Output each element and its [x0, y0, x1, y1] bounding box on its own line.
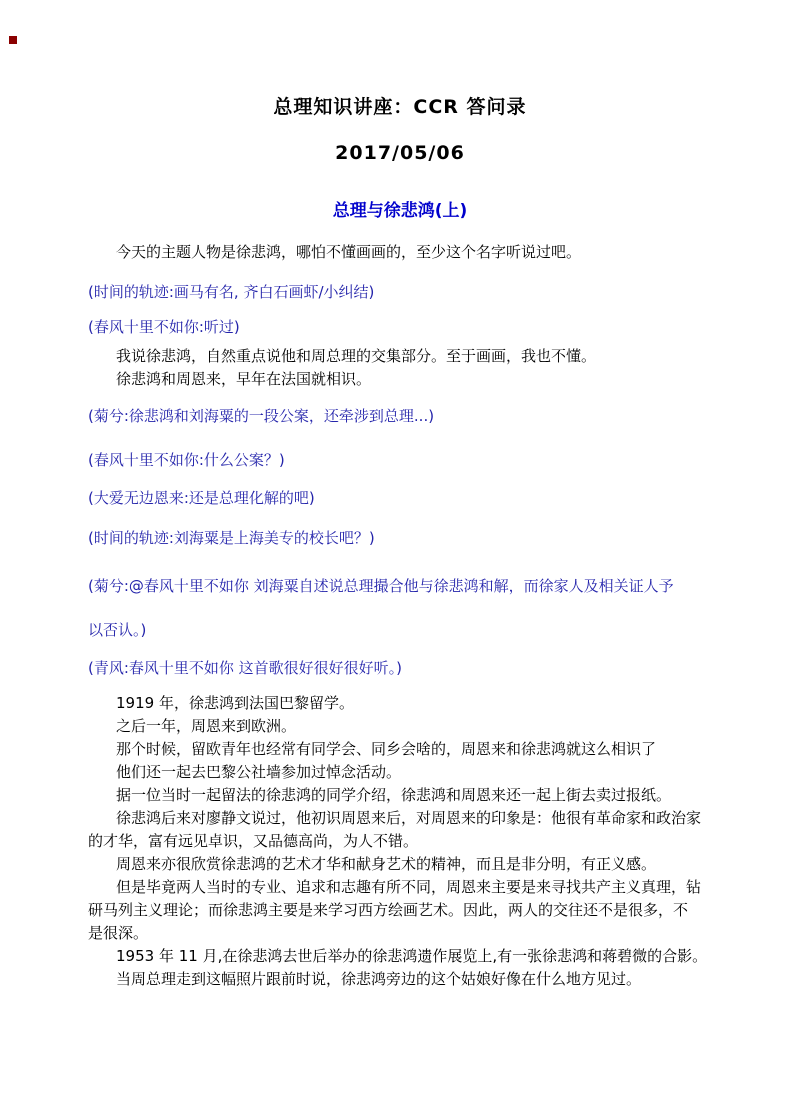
- body-line: 徐悲鸿后来对廖静文说过，他初识周恩来后，对周恩来的印象是：他很有革命家和政治家: [88, 809, 776, 827]
- document-title: 总理知识讲座：CCR 答问录: [0, 92, 800, 119]
- chat-comment-line: (春风十里不如你:听过): [88, 318, 748, 336]
- chat-comment-line: (菊兮:徐悲鸿和刘海粟的一段公案，还牵涉到总理...): [88, 407, 748, 425]
- body-line: 的才华，富有远见卓识，又品德高尚，为人不错。: [88, 832, 748, 850]
- body-line: 是很深。: [88, 924, 748, 942]
- chat-comment-line: 以否认。): [88, 621, 748, 639]
- document-page: 总理知识讲座：CCR 答问录 2017/05/06 总理与徐悲鸿(上) 今天的主…: [0, 0, 800, 1100]
- body-line: 今天的主题人物是徐悲鸿，哪怕不懂画画的，至少这个名字听说过吧。: [88, 243, 776, 261]
- body-line: 徐悲鸿和周恩来，早年在法国就相识。: [88, 370, 776, 388]
- chat-comment-line: (菊兮:@春风十里不如你 刘海粟自述说总理撮合他与徐悲鸿和解，而徐家人及相关证人…: [88, 577, 748, 595]
- chat-comment-line: (时间的轨迹:画马有名, 齐白石画虾/小纠结): [88, 283, 748, 301]
- red-square-marker-icon: [9, 36, 17, 44]
- body-line: 但是毕竟两人当时的专业、追求和志趣有所不同，周恩来主要是来寻找共产主义真理，钻: [88, 878, 776, 896]
- body-line: 当周总理走到这幅照片跟前时说，徐悲鸿旁边的这个姑娘好像在什么地方见过。: [88, 970, 776, 988]
- chat-comment-line: (时间的轨迹:刘海粟是上海美专的校长吧？): [88, 529, 748, 547]
- document-date: 2017/05/06: [0, 142, 800, 164]
- body-line: 周恩来亦很欣赏徐悲鸿的艺术才华和献身艺术的精神，而且是非分明，有正义感。: [88, 855, 776, 873]
- section-heading: 总理与徐悲鸿(上): [0, 196, 800, 221]
- chat-comment-line: (青风:春风十里不如你 这首歌很好很好很好听。): [88, 659, 748, 677]
- chat-comment-line: (春风十里不如你:什么公案？): [88, 451, 748, 469]
- body-line: 研马列主义理论；而徐悲鸿主要是来学习西方绘画艺术。因此，两人的交往还不是很多，不: [88, 901, 748, 919]
- body-line: 那个时候，留欧青年也经常有同学会、同乡会啥的，周恩来和徐悲鸿就这么相识了: [88, 740, 776, 758]
- body-line: 他们还一起去巴黎公社墙参加过悼念活动。: [88, 763, 776, 781]
- body-line: 据一位当时一起留法的徐悲鸿的同学介绍，徐悲鸿和周恩来还一起上街去卖过报纸。: [88, 786, 776, 804]
- body-line: 我说徐悲鸿，自然重点说他和周总理的交集部分。至于画画，我也不懂。: [88, 347, 776, 365]
- body-line: 之后一年，周恩来到欧洲。: [88, 717, 776, 735]
- body-line: 1953 年 11 月,在徐悲鸿去世后举办的徐悲鸿遗作展览上,有一张徐悲鸿和蒋碧…: [88, 947, 776, 965]
- chat-comment-line: (大爱无边恩来:还是总理化解的吧): [88, 489, 748, 507]
- body-line: 1919 年，徐悲鸿到法国巴黎留学。: [88, 694, 776, 712]
